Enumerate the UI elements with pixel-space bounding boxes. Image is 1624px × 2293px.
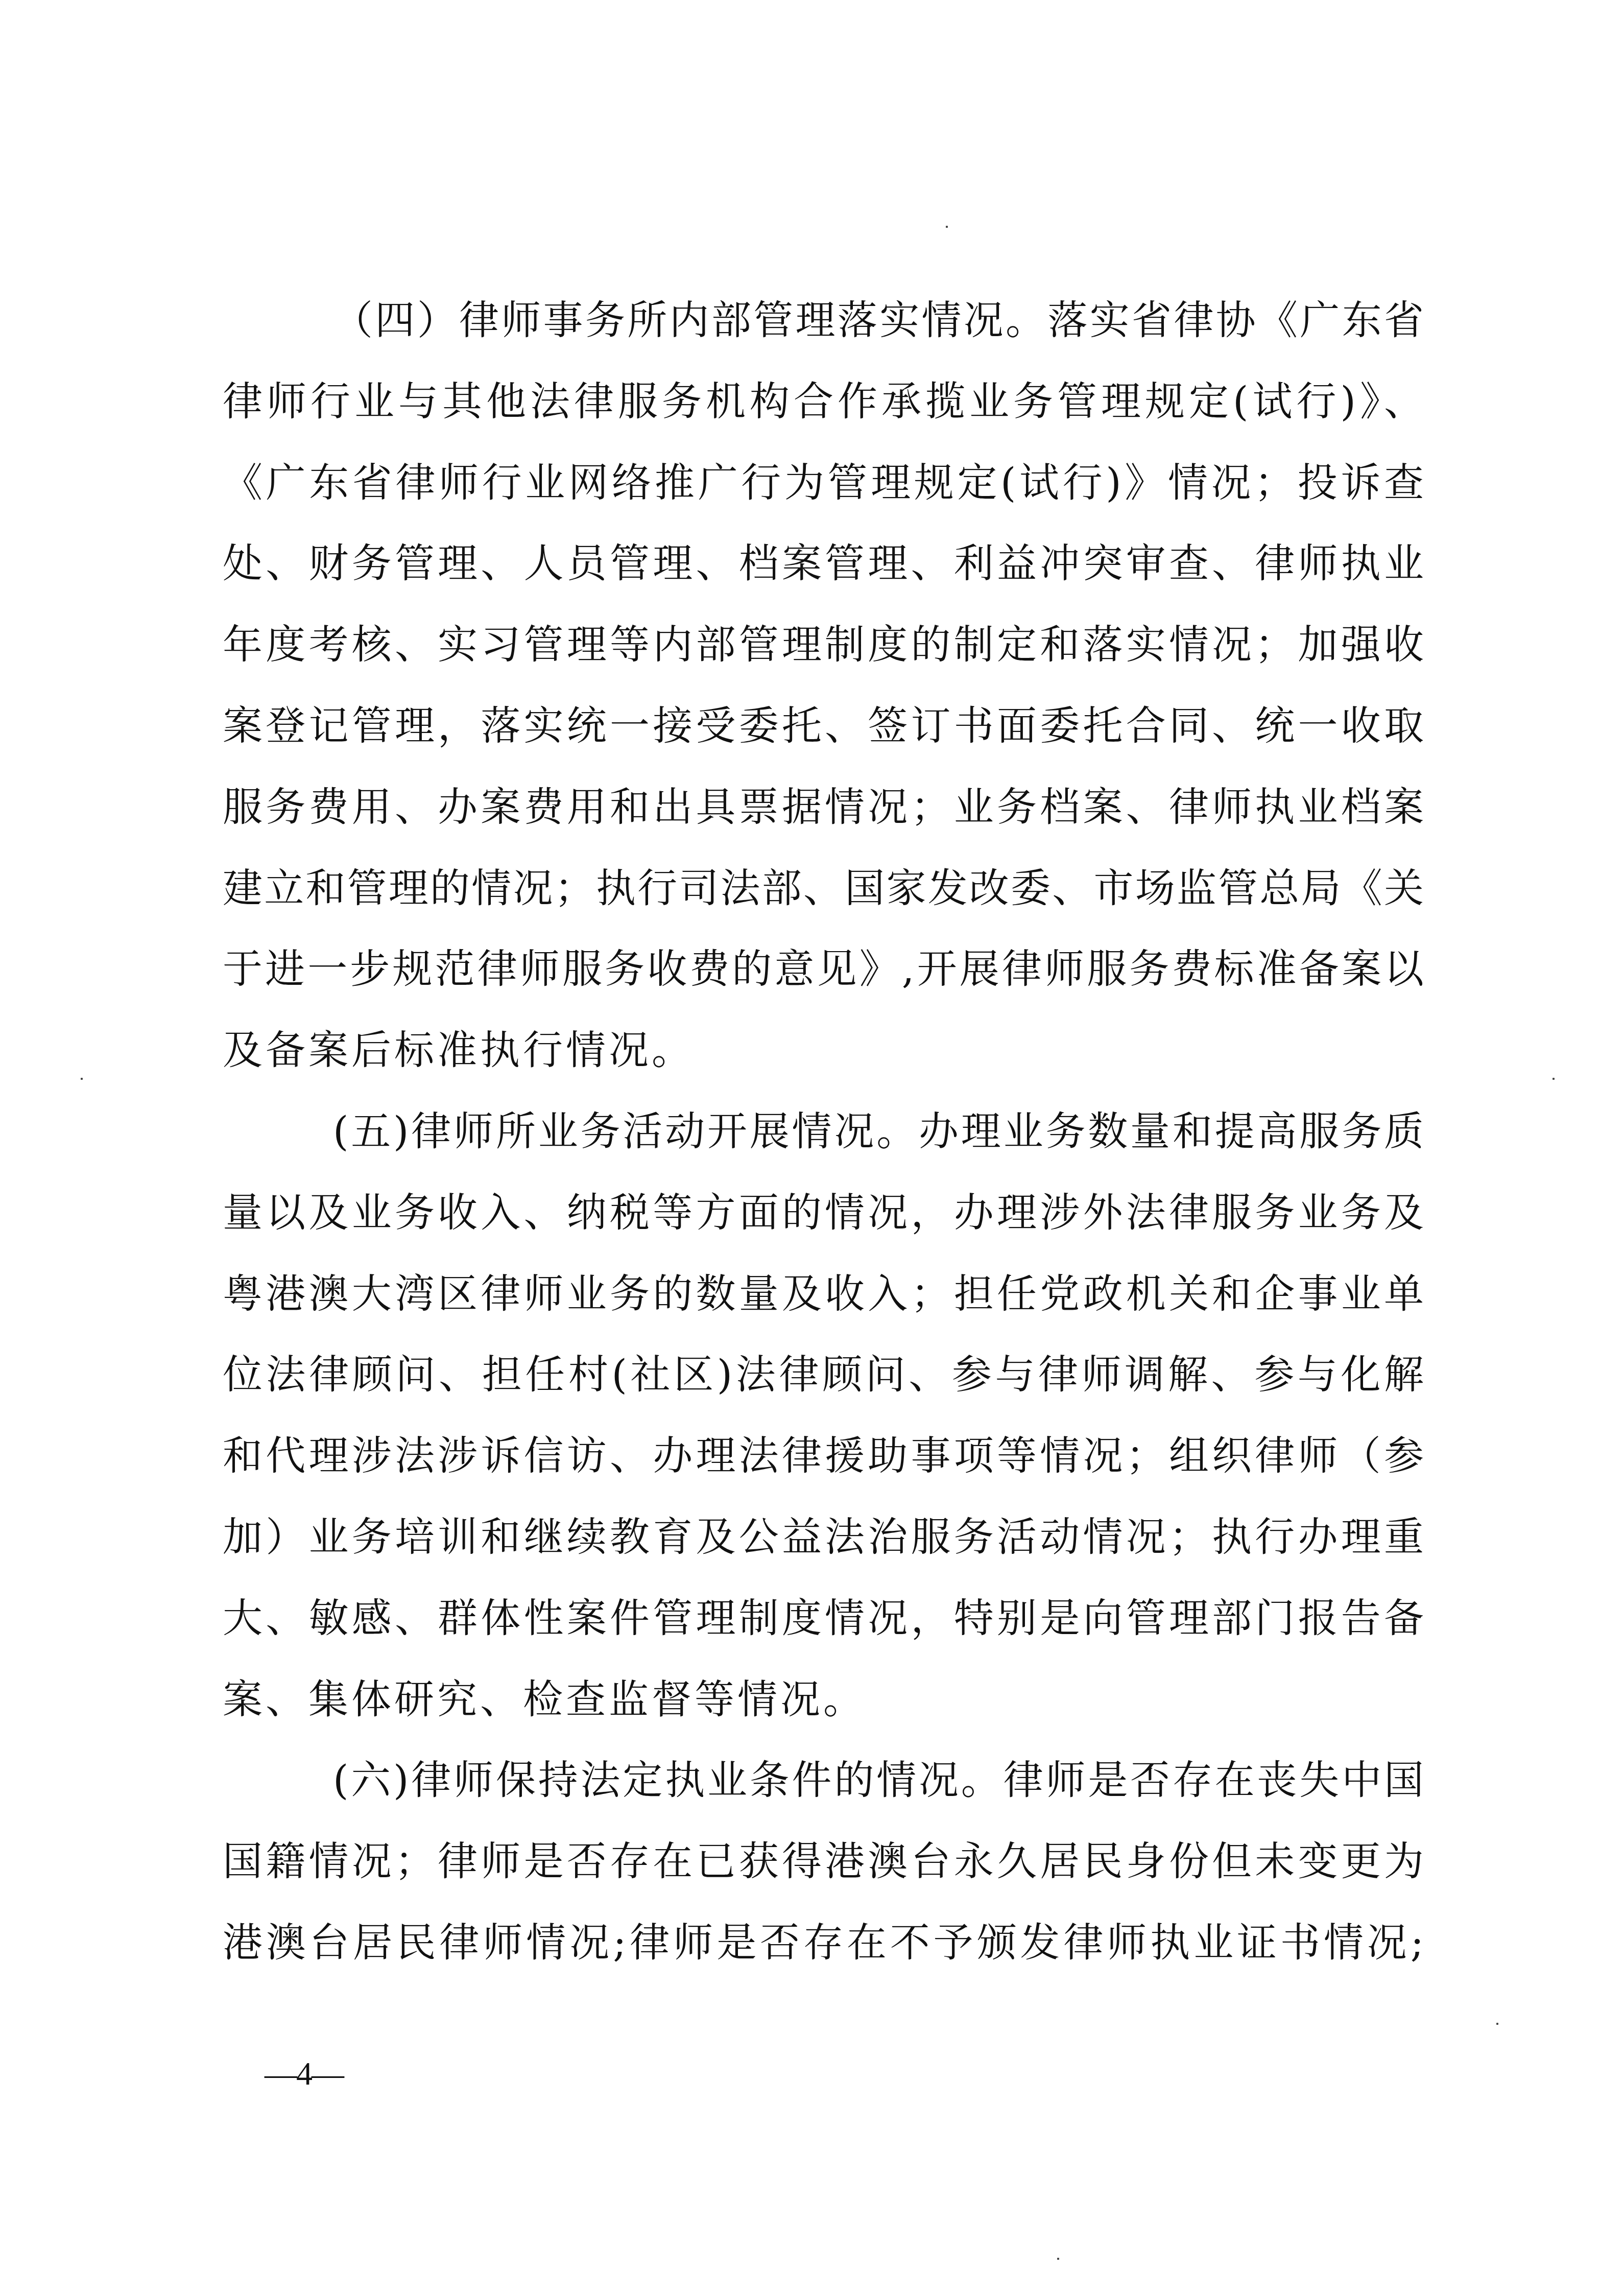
paragraph-line: 《广东省律师行业网络推广行为管理规定(试行)》情况；投诉查 xyxy=(223,443,1424,524)
paragraph-line: 建立和管理的情况；执行司法部、国家发改委、市场监管总局《关 xyxy=(223,848,1424,930)
paragraph-line: 年度考核、实习管理等内部管理制度的制定和落实情况；加强收 xyxy=(223,605,1424,686)
paragraph-line: 律师行业与其他法律服务机构合作承揽业务管理规定(试行)》、 xyxy=(223,362,1424,443)
paragraph-line: 大、敏感、群体性案件管理制度情况，特别是向管理部门报告备 xyxy=(223,1578,1424,1660)
paragraph-line: 和代理涉法涉诉信访、办理法律援助事项等情况；组织律师（参 xyxy=(223,1416,1424,1497)
paragraph-line: 于进一步规范律师服务收费的意见》,开展律师服务费标准备案以 xyxy=(223,929,1424,1010)
paragraph-line: (六)律师保持法定执业条件的情况。律师是否存在丧失中国 xyxy=(223,1740,1424,1822)
paragraph-line: 港澳台居民律师情况;律师是否存在不予颁发律师执业证书情况; xyxy=(223,1903,1424,1984)
paragraph-line: 国籍情况；律师是否存在已获得港澳台永久居民身份但未变更为 xyxy=(223,1822,1424,1903)
scan-speck xyxy=(946,226,948,228)
scan-speck xyxy=(1553,1078,1555,1080)
scan-speck xyxy=(1057,2258,1059,2260)
paragraph-line: 量以及业务收入、纳税等方面的情况，办理涉外法律服务业务及 xyxy=(223,1173,1424,1254)
paragraph-line: 加）业务培训和继续教育及公益法治服务活动情况；执行办理重 xyxy=(223,1497,1424,1578)
paragraph-line: 案登记管理，落实统一接受委托、签订书面委托合同、统一收取 xyxy=(223,686,1424,767)
section-5: (五)律师所业务活动开展情况。办理业务数量和提高服务质 量以及业务收入、纳税等方… xyxy=(223,1092,1424,1740)
section-6: (六)律师保持法定执业条件的情况。律师是否存在丧失中国 国籍情况；律师是否存在已… xyxy=(223,1740,1424,1983)
paragraph-line: （四）律师事务所内部管理落实情况。落实省律协《广东省 xyxy=(223,280,1424,362)
paragraph-line: 粤港澳大湾区律师业务的数量及收入；担任党政机关和企事业单 xyxy=(223,1254,1424,1335)
paragraph-line: 案、集体研究、检查监督等情况。 xyxy=(223,1660,1424,1741)
paragraph-line: 及备案后标准执行情况。 xyxy=(223,1010,1424,1092)
document-body: （四）律师事务所内部管理落实情况。落实省律协《广东省 律师行业与其他法律服务机构… xyxy=(223,280,1424,1984)
scan-speck xyxy=(81,1078,83,1080)
document-page: （四）律师事务所内部管理落实情况。落实省律协《广东省 律师行业与其他法律服务机构… xyxy=(0,0,1624,2293)
paragraph-line: (五)律师所业务活动开展情况。办理业务数量和提高服务质 xyxy=(223,1092,1424,1173)
paragraph-line: 处、财务管理、人员管理、档案管理、利益冲突审查、律师执业 xyxy=(223,524,1424,605)
paragraph-line: 服务费用、办案费用和出具票据情况；业务档案、律师执业档案 xyxy=(223,767,1424,848)
section-4: （四）律师事务所内部管理落实情况。落实省律协《广东省 律师行业与其他法律服务机构… xyxy=(223,280,1424,1092)
page-number: —4— xyxy=(265,2052,343,2095)
scan-speck xyxy=(1496,2023,1498,2025)
paragraph-line: 位法律顾问、担任村(社区)法律顾问、参与律师调解、参与化解 xyxy=(223,1335,1424,1416)
